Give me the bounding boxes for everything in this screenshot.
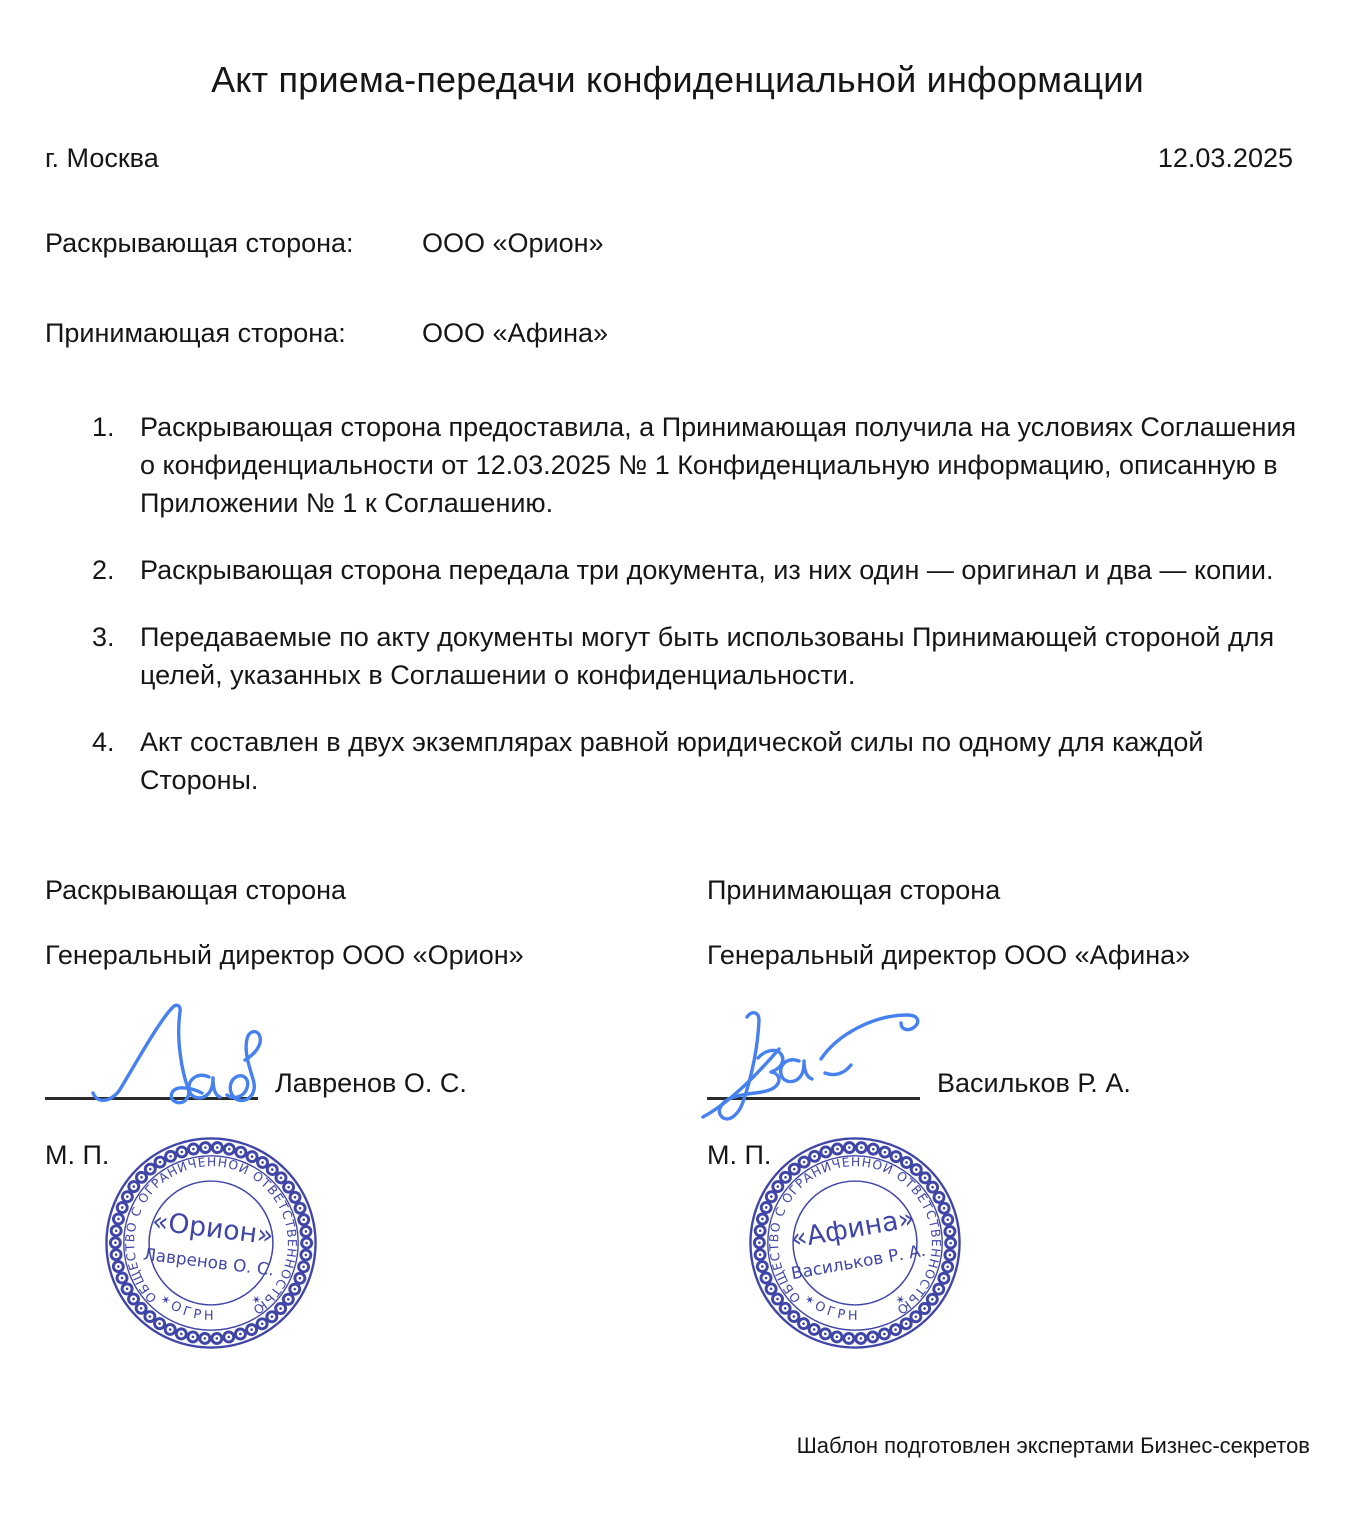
clause-item: 3. Передаваемые по акту документы могут …: [45, 618, 1310, 694]
signature-row: Лавренов О. С.: [45, 1048, 707, 1100]
signature-party-title: Раскрывающая сторона: [45, 875, 707, 906]
signatory-name: Васильков Р. А.: [937, 1068, 1131, 1100]
document-page: Акт приема-передачи конфиденциальной инф…: [0, 0, 1360, 1525]
seal-row: М. П. ОБЩЕСТВО С ОГРАНИЧЕННОЙ ОТВЕТСТВЕН…: [707, 1140, 1310, 1174]
clause-item: 4. Акт составлен в двух экземплярах равн…: [45, 723, 1310, 799]
clause-number: 3.: [92, 618, 140, 694]
signature-line: [707, 1048, 920, 1100]
clause-number: 4.: [92, 723, 140, 799]
signature-line: [45, 1048, 258, 1100]
meta-row: г. Москва 12.03.2025: [45, 143, 1310, 174]
signature-section: Раскрывающая сторона Генеральный директо…: [45, 875, 1310, 1174]
signature-party-title: Принимающая сторона: [707, 875, 1310, 906]
signatory-title: Генеральный директор ООО «Афина»: [707, 940, 1310, 971]
signature-block-receiving: Принимающая сторона Генеральный директор…: [707, 875, 1310, 1174]
signatory-title: Генеральный директор ООО «Орион»: [45, 940, 707, 971]
party-value: ООО «Афина»: [422, 318, 608, 349]
clause-number: 2.: [92, 551, 140, 589]
party-row-receiving: Принимающая сторона: ООО «Афина»: [45, 318, 1310, 349]
document-title: Акт приема-передачи конфиденциальной инф…: [45, 58, 1310, 101]
clause-text: Раскрывающая сторона предоставила, а При…: [140, 408, 1310, 522]
party-row-disclosing: Раскрывающая сторона: ООО «Орион»: [45, 228, 1310, 259]
clause-text: Передаваемые по акту документы могут быт…: [140, 618, 1310, 694]
party-value: ООО «Орион»: [422, 228, 604, 259]
seal-place-label: М. П.: [45, 1140, 109, 1170]
signature-block-disclosing: Раскрывающая сторона Генеральный директо…: [45, 875, 707, 1174]
seal-company-name: «Орион»: [150, 1206, 275, 1252]
clause-list: 1. Раскрывающая сторона предоставила, а …: [45, 408, 1310, 799]
clause-item: 2. Раскрывающая сторона передала три док…: [45, 551, 1310, 589]
template-credit: Шаблон подготовлен экспертами Бизнес-сек…: [797, 1433, 1310, 1459]
clause-text: Раскрывающая сторона передала три докуме…: [140, 551, 1310, 589]
company-seal-orion: ОБЩЕСТВО С ОГРАНИЧЕННОЙ ОТВЕТСТВЕННОСТЬЮ…: [102, 1134, 320, 1352]
document-date: 12.03.2025: [1158, 143, 1310, 174]
party-label: Раскрывающая сторона:: [45, 228, 422, 259]
party-label: Принимающая сторона:: [45, 318, 422, 349]
clause-number: 1.: [92, 408, 140, 522]
clause-item: 1. Раскрывающая сторона предоставила, а …: [45, 408, 1310, 522]
document-city: г. Москва: [45, 143, 159, 174]
company-seal-afina: ОБЩЕСТВО С ОГРАНИЧЕННОЙ ОТВЕТСТВЕННОСТЬЮ…: [746, 1134, 964, 1352]
signature-row: Васильков Р. А.: [707, 1048, 1310, 1100]
seal-row: М. П. ОБЩЕСТВО С ОГРАНИЧЕННОЙ ОТВЕТСТВЕН…: [45, 1140, 707, 1174]
clause-text: Акт составлен в двух экземплярах равной …: [140, 723, 1310, 799]
signatory-name: Лавренов О. С.: [275, 1068, 467, 1100]
